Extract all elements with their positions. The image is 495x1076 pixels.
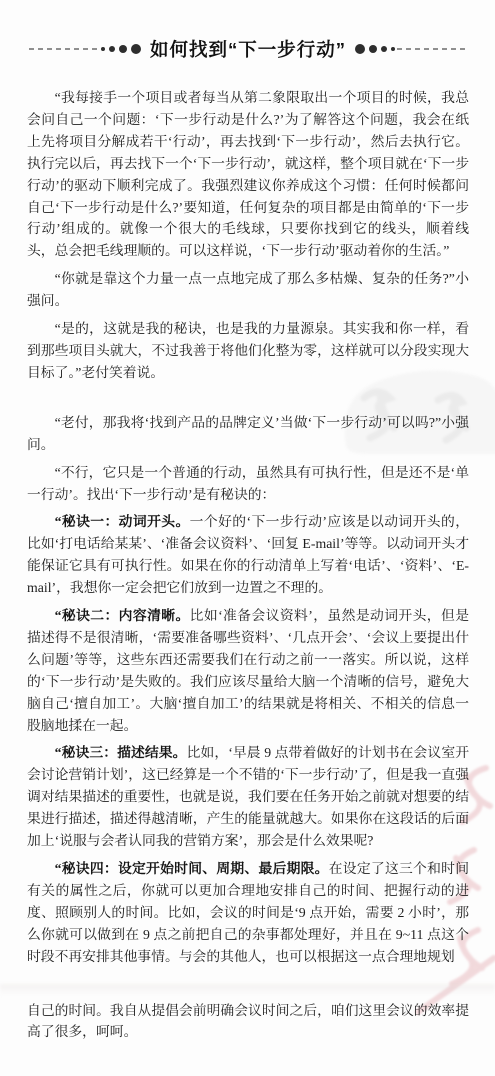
ornament-dot — [381, 46, 387, 52]
paragraph-secret-4: “秘诀四：设定开始时间、周期、最后期限。在设定了这三个和时间有关的属性之后，你就… — [27, 858, 469, 968]
paragraph-secret-2: “秘诀二：内容清晰。比如‘准备会议资料’，虽然是动词开头，但是描述得不是很清晰，… — [27, 605, 469, 736]
paragraph: “不行，它只是一个普通的行动，虽然具有可执行性，但是还不是‘单一行动’。找出‘下… — [27, 462, 469, 506]
paragraph: “老付，那我将‘找到产品的品牌定义’当做‘下一步行动’可以吗?”小强问。 — [27, 412, 469, 456]
ornament-dot — [109, 46, 115, 52]
ornament-dot — [355, 44, 365, 54]
ornament-dot — [119, 45, 127, 53]
chapter-title-row: 如何找到“下一步行动” — [29, 36, 467, 62]
paragraph-secret-3: “秘诀三：描述结果。比如，‘早晨 9 点带着做好的计划书在会议室开会讨论营销计划… — [27, 742, 469, 852]
paragraph-continuation: 自己的时间。我自从提倡会前明确会议时间之后，咱们这里会议的效率提高了很多，呵呵。 — [27, 1000, 469, 1044]
left-dotted-rule — [29, 48, 99, 50]
right-dotted-rule — [397, 48, 467, 50]
ornament-dot — [391, 47, 395, 51]
ornament-dot — [369, 45, 377, 53]
body-text: “我每接手一个项目或者每当从第二象限取出一个项目的时候，我总会问自己一个问题：‘… — [27, 87, 469, 1043]
paragraph: “你就是靠这个力量一点一点地完成了那么多枯燥、复杂的任务?”小强问。 — [27, 268, 469, 312]
paragraph: “我每接手一个项目或者每当从第二象限取出一个项目的时候，我总会问自己一个问题：‘… — [27, 87, 469, 262]
book-page: 如何找到“下一步行动” “我每接手一个项目或者每当从第二象限取出一个项目的时候，… — [0, 0, 495, 1076]
chapter-title: 如何找到“下一步行动” — [150, 36, 346, 62]
ornament-dot — [101, 47, 105, 51]
paragraph-secret-1: “秘诀一：动词开头。一个好的‘下一步行动’应该是以动词开头的，比如‘打电话给某某… — [27, 511, 469, 599]
paragraph: “是的，这就是我的秘诀，也是我的力量源泉。其实我和你一样，看到那些项目头就大，不… — [27, 318, 469, 384]
ornament-dot — [131, 44, 141, 54]
